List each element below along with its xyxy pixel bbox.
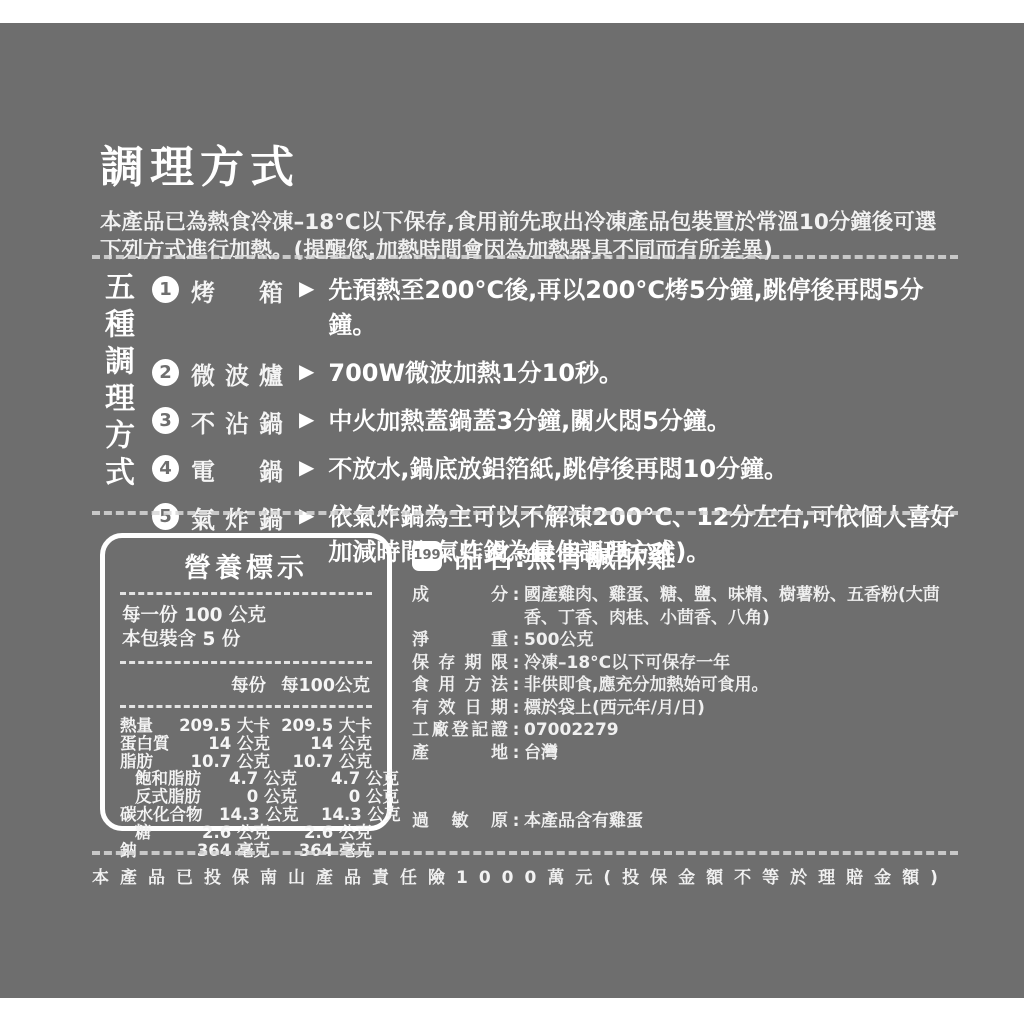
colon: :	[508, 629, 524, 652]
nutrition-row: 脂肪 10.7 公克 10.7 公克	[120, 753, 372, 771]
bottom-section: 營養標示 每一份 100 公克 本包裝含 5 份 每份 每100公克 熱量 20…	[100, 533, 962, 833]
nutrition-row: 熱量 209.5 大卡 209.5 大卡	[120, 717, 372, 735]
field-label: 產地	[412, 742, 508, 765]
method-number-badge: 4	[152, 455, 179, 482]
product-name-label: 品名:無骨鹹酥雞	[454, 535, 677, 576]
nutrient-name: 脂肪	[120, 753, 174, 771]
page-title: 調理方式	[100, 131, 956, 195]
method-description: 不放水,鍋底放鋁箔紙,跳停後再悶10分鐘。	[328, 452, 964, 487]
serving-size: 每一份 100 公克	[122, 604, 370, 628]
field-label: 工廠登記證	[412, 719, 508, 742]
field-label: 成分	[412, 584, 508, 629]
method-row: 1 烤箱 ▶ 先預熱至200°C後,再以200°C烤5分鐘,跳停後再悶5分鐘。	[152, 273, 964, 343]
field-label: 保存期限	[412, 652, 508, 675]
triangle-arrow-icon: ▶	[299, 359, 314, 383]
insurance-statement: 本產品已投保南山產品責任險1000萬元(投保金額不等於理賠金額)	[92, 863, 984, 888]
header-section: 調理方式 本產品已為熱食冷凍–18°C以下保存,食用前先取出冷凍產品包裝置於常溫…	[100, 131, 956, 265]
field-value: 500公克	[524, 629, 962, 652]
dashed-divider	[92, 851, 958, 855]
nutrient-per-100g: 14 公克	[270, 735, 372, 753]
method-number-badge: 1	[152, 276, 179, 303]
colon: :	[508, 810, 524, 833]
field-value: 國產雞肉、雞蛋、糖、鹽、味精、樹薯粉、五香粉(大茴香、丁香、肉桂、小茴香、八角)	[524, 584, 962, 629]
nutrient-name: 熱量	[120, 717, 174, 735]
triangle-arrow-icon: ▶	[299, 455, 314, 479]
label-panel: 調理方式 本產品已為熱食冷凍–18°C以下保存,食用前先取出冷凍產品包裝置於常溫…	[0, 23, 1024, 998]
nutrient-name: 碳水化合物	[120, 806, 203, 824]
product-name-label-text: 品名	[454, 540, 514, 574]
method-name: 微波爐	[191, 356, 283, 391]
method-name: 不沾鍋	[191, 404, 283, 439]
footer-section: 本產品已投保南山產品責任險1000萬元(投保金額不等於理賠金額)	[92, 863, 984, 888]
dashed-divider	[92, 255, 958, 259]
method-description: 先預熱至200°C後,再以200°C烤5分鐘,跳停後再悶5分鐘。	[328, 273, 964, 343]
nutrient-per-serving: 10.7 公克	[174, 753, 270, 771]
field-value: 標於袋上(西元年/月/日)	[524, 697, 962, 720]
nutrient-per-100g: 209.5 大卡	[270, 717, 372, 735]
allergen-value: 本產品含有雞蛋	[524, 810, 962, 833]
nutrient-per-serving: 14 公克	[174, 735, 270, 753]
product-field-row: 有效日期 : 標於袋上(西元年/月/日)	[412, 697, 962, 720]
product-field-row: 產地 : 台灣	[412, 742, 962, 765]
product-name-value: 無骨鹹酥雞	[527, 540, 677, 574]
triangle-arrow-icon: ▶	[299, 276, 314, 300]
nutrition-facts-box: 營養標示 每一份 100 公克 本包裝含 5 份 每份 每100公克 熱量 20…	[100, 533, 392, 831]
nutrient-name: 飽和脂肪	[120, 770, 201, 788]
nutrient-per-serving: 14.3 公克	[203, 806, 299, 824]
triangle-arrow-icon: ▶	[299, 503, 314, 527]
colon: :	[508, 674, 524, 697]
method-number-badge: 5	[152, 503, 179, 530]
nutrient-name: 反式脂肪	[120, 788, 201, 806]
nutrition-row: 碳水化合物 14.3 公克 14.3 公克	[120, 806, 372, 824]
nutrient-per-serving: 4.7 公克	[201, 770, 297, 788]
triangle-arrow-icon: ▶	[299, 407, 314, 431]
field-label: 食用方法	[412, 674, 508, 697]
field-value: 07002279	[524, 719, 962, 742]
method-name: 氣炸鍋	[191, 500, 283, 535]
nutrition-title: 營養標示	[120, 546, 372, 595]
field-value: 台灣	[524, 742, 962, 765]
nutrition-column-headers: 每份 每100公克	[120, 664, 372, 708]
nutrient-per-serving: 2.6 公克	[174, 824, 270, 842]
nutrient-per-100g: 0 公克	[297, 788, 399, 806]
nutrient-per-serving: 0 公克	[201, 788, 297, 806]
methods-side-label: 五種調理方式	[94, 271, 138, 503]
colon: :	[508, 697, 524, 720]
nutrient-name: 蛋白質	[120, 735, 174, 753]
field-label: 淨重	[412, 629, 508, 652]
spacer	[122, 672, 178, 697]
nutrient-per-100g: 4.7 公克	[297, 770, 399, 788]
product-field-row: 食用方法 : 非供即食,應充分加熱始可食用。	[412, 674, 962, 697]
product-field-row: 保存期限 : 冷凍–18°C以下可保存一年	[412, 652, 962, 675]
method-name: 烤箱	[191, 273, 283, 308]
col-per-serving: 每份	[178, 672, 266, 697]
product-fields: 成分 : 國產雞肉、雞蛋、糖、鹽、味精、樹薯粉、五香粉(大茴香、丁香、肉桂、小茴…	[412, 584, 962, 833]
colon: :	[508, 584, 524, 629]
serving-info: 每一份 100 公克 本包裝含 5 份	[120, 595, 372, 664]
nutrition-row: 飽和脂肪 4.7 公克 4.7 公克	[120, 770, 372, 788]
method-number-badge: 2	[152, 359, 179, 386]
product-info-section: 199 品名:無骨鹹酥雞 成分 : 國產雞肉、雞蛋、糖、鹽、味精、樹薯粉、五香粉…	[392, 533, 962, 833]
colon: :	[508, 719, 524, 742]
colon: :	[508, 652, 524, 675]
field-label: 有效日期	[412, 697, 508, 720]
method-description: 700W微波加熱1分10秒。	[328, 356, 964, 391]
col-per-100g: 每100公克	[266, 672, 370, 697]
product-name-row: 199 品名:無骨鹹酥雞	[412, 535, 962, 576]
colon: :	[514, 540, 527, 574]
method-row: 3 不沾鍋 ▶ 中火加熱蓋鍋蓋3分鐘,關火悶5分鐘。	[152, 404, 964, 439]
allergen-label: 過敏原	[412, 810, 508, 833]
nutrient-per-100g: 10.7 公克	[270, 753, 372, 771]
method-description: 中火加熱蓋鍋蓋3分鐘,關火悶5分鐘。	[328, 404, 964, 439]
nutrient-per-100g: 14.3 公克	[299, 806, 401, 824]
dashed-divider	[92, 511, 958, 515]
nutrient-name: 糖	[120, 824, 174, 842]
product-field-row: 成分 : 國產雞肉、雞蛋、糖、鹽、味精、樹薯粉、五香粉(大茴香、丁香、肉桂、小茴…	[412, 584, 962, 629]
product-field-row: 淨重 : 500公克	[412, 629, 962, 652]
field-value: 非供即食,應充分加熱始可食用。	[524, 674, 962, 697]
nutrient-per-100g: 2.6 公克	[270, 824, 372, 842]
method-name: 電鍋	[191, 452, 283, 487]
colon: :	[508, 742, 524, 765]
nutrition-rows: 熱量 209.5 大卡 209.5 大卡 蛋白質 14 公克 14 公克 脂肪 …	[120, 708, 372, 859]
method-row: 4 電鍋 ▶ 不放水,鍋底放鋁箔紙,跳停後再悶10分鐘。	[152, 452, 964, 487]
product-field-row: 工廠登記證 : 07002279	[412, 719, 962, 742]
allergen-row: 過敏原 : 本產品含有雞蛋	[412, 810, 962, 833]
price-badge: 199	[412, 541, 442, 571]
field-value: 冷凍–18°C以下可保存一年	[524, 652, 962, 675]
nutrient-per-serving: 209.5 大卡	[174, 717, 270, 735]
method-number-badge: 3	[152, 407, 179, 434]
nutrition-row: 糖 2.6 公克 2.6 公克	[120, 824, 372, 842]
nutrition-row: 反式脂肪 0 公克 0 公克	[120, 788, 372, 806]
servings-per-pack: 本包裝含 5 份	[122, 628, 370, 652]
nutrition-row: 蛋白質 14 公克 14 公克	[120, 735, 372, 753]
method-row: 2 微波爐 ▶ 700W微波加熱1分10秒。	[152, 356, 964, 391]
